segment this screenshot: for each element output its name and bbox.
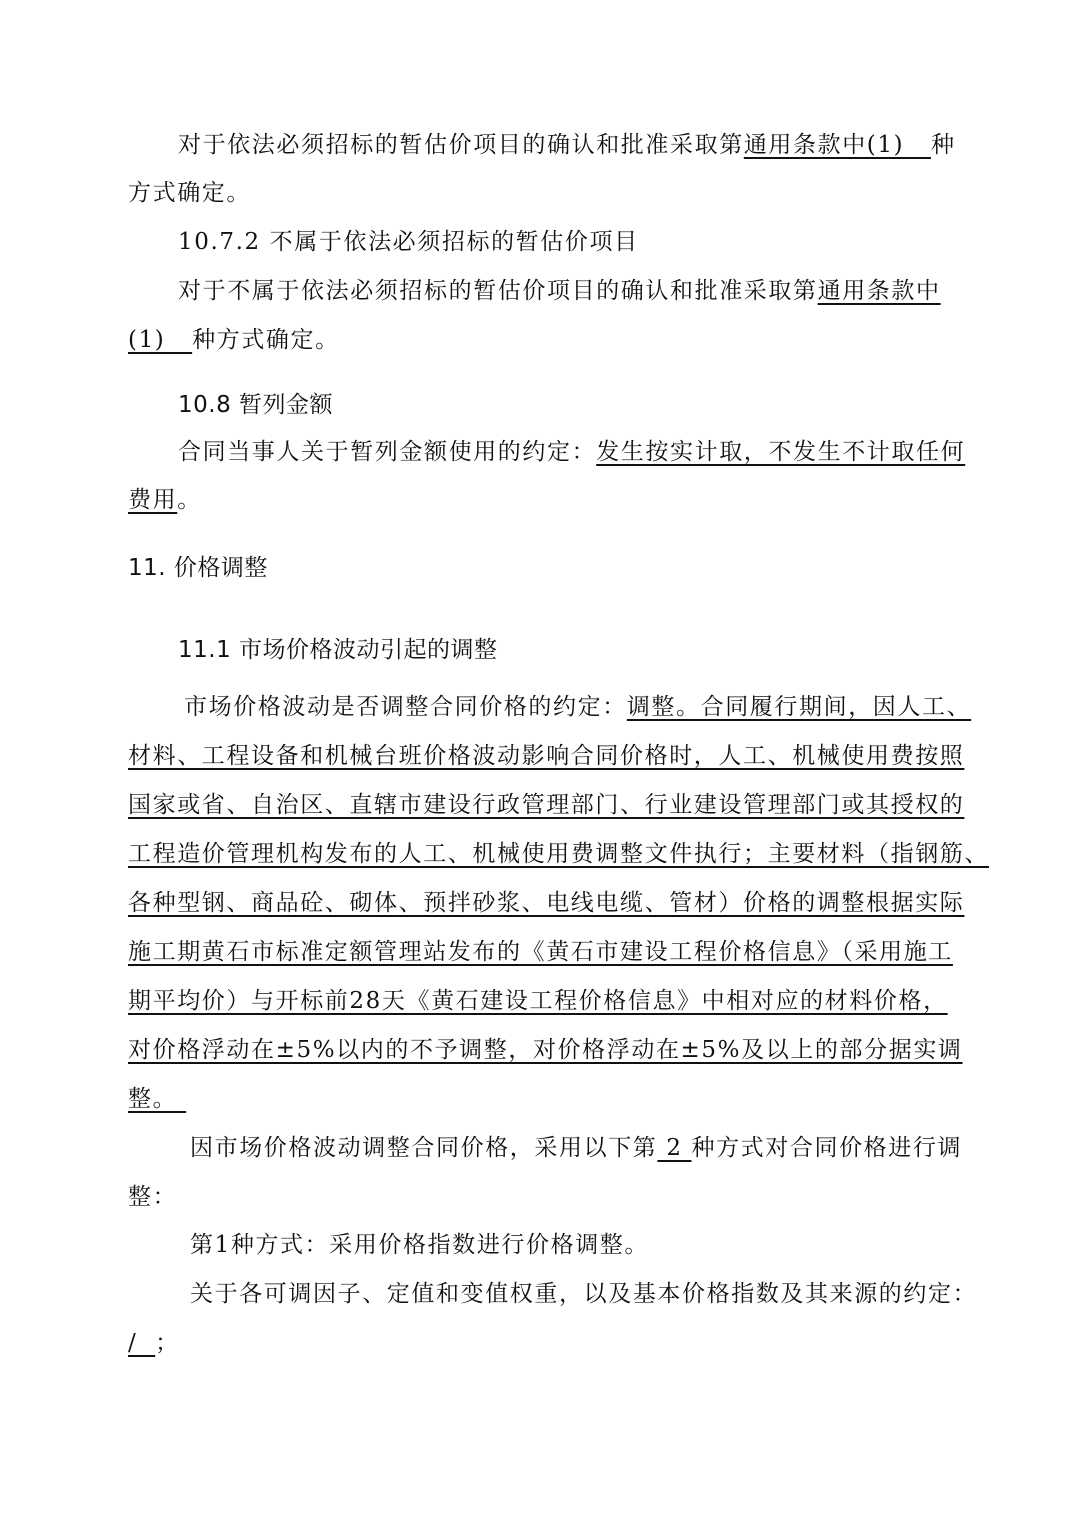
- p1-tail: 种: [931, 132, 956, 158]
- p1-text: 对于依法必须招标的暂估价项目的确认和批准采取第: [178, 132, 744, 158]
- factors-tail: ；: [155, 1330, 180, 1356]
- s11-1-clause-line: 国家或省、自治区、直辖市建设行政管理部门、行业建设管理部门或其授权的: [128, 792, 964, 818]
- p1-fill-value: 通用条款中(1): [744, 132, 931, 158]
- section-11-heading: 11. 价格调整: [128, 553, 1074, 583]
- factors-line1: 关于各可调因子、定值和变值权重，以及基本价格指数及其来源的约定：: [190, 1279, 1074, 1309]
- section-11-1-title: 11.1 市场价格波动引起的调整: [178, 637, 498, 663]
- s10-8-line2: 费用。: [128, 485, 1074, 515]
- s10-8-fill-value-2: 费用: [128, 487, 177, 513]
- section-11-1-heading: 11.1 市场价格波动引起的调整: [178, 635, 1074, 665]
- method-text: 因市场价格波动调整合同价格，采用以下第: [190, 1135, 657, 1161]
- method-fill-value: 2: [657, 1135, 691, 1161]
- s11-1-line5: 各种型钢、商品砼、砌体、预拌砂浆、电线电缆、管材）价格的调整根据实际: [128, 888, 1074, 918]
- p2-line2: (1) 种方式确定。: [128, 325, 1074, 355]
- s11-1-line7: 期平均价）与开标前28天《黄石建设工程价格信息》中相对应的材料价格，: [128, 986, 1074, 1016]
- p1-line2-text: 方式确定。: [128, 180, 251, 206]
- s11-1-lead: 市场价格波动是否调整合同价格的约定：: [184, 694, 627, 720]
- factors-text: 关于各可调因子、定值和变值权重，以及基本价格指数及其来源的约定：: [190, 1281, 977, 1307]
- section-10-8-title: 10.8 暂列金额: [178, 392, 333, 418]
- s11-1-line2: 材料、工程设备和机械台班价格波动影响合同价格时，人工、机械使用费按照: [128, 741, 1074, 771]
- p2-line1: 对于不属于依法必须招标的暂估价项目的确认和批准采取第通用条款中: [178, 276, 1074, 306]
- section-10-8-heading: 10.8 暂列金额: [178, 390, 1074, 420]
- s11-1-clause-line: 调整。合同履行期间，因人工、: [627, 694, 971, 720]
- p1-line1: 对于依法必须招标的暂估价项目的确认和批准采取第通用条款中(1) 种: [178, 130, 978, 160]
- s11-1-line9: 整。: [128, 1084, 1074, 1114]
- method1-line: 第1种方式：采用价格指数进行价格调整。: [190, 1230, 1074, 1260]
- p2-tail: 种方式确定。: [192, 327, 340, 353]
- method-line1: 因市场价格波动调整合同价格，采用以下第 2 种方式对合同价格进行调: [190, 1133, 1074, 1163]
- s10-8-text: 合同当事人关于暂列金额使用的约定：: [178, 439, 596, 465]
- s11-1-clause-line: 对价格浮动在±5%以内的不予调整，对价格浮动在±5%及以上的部分据实调: [128, 1037, 963, 1063]
- s11-1-line4: 工程造价管理机构发布的人工、机械使用费调整文件执行；主要材料（指钢筋、: [128, 839, 1074, 869]
- s11-1-clause-line: 各种型钢、商品砼、砌体、预拌砂浆、电线电缆、管材）价格的调整根据实际: [128, 890, 964, 916]
- s11-1-line8: 对价格浮动在±5%以内的不予调整，对价格浮动在±5%及以上的部分据实调: [128, 1035, 1074, 1065]
- s11-1-line3: 国家或省、自治区、直辖市建设行政管理部门、行业建设管理部门或其授权的: [128, 790, 1074, 820]
- method1-text: 第1种方式：采用价格指数进行价格调整。: [190, 1232, 649, 1258]
- section-10-7-2-title: 10.7.2 不属于依法必须招标的暂估价项目: [178, 229, 639, 255]
- p2-fill-value-2: (1): [128, 327, 192, 353]
- method-line2: 整：: [128, 1182, 1074, 1212]
- p2-fill-value: 通用条款中: [818, 278, 941, 304]
- section-11-title: 11. 价格调整: [128, 555, 268, 581]
- factors-fill-value: /: [128, 1330, 155, 1356]
- s10-8-fill-value: 发生按实计取，不发生不计取任何: [596, 439, 965, 465]
- p1-line2: 方式确定。: [128, 178, 1074, 208]
- s11-1-line1: 市场价格波动是否调整合同价格的约定：调整。合同履行期间，因人工、: [184, 692, 1074, 722]
- method-tail: 种方式对合同价格进行调: [691, 1135, 962, 1161]
- s11-1-clause-line: 材料、工程设备和机械台班价格波动影响合同价格时，人工、机械使用费按照: [128, 743, 964, 769]
- s11-1-clause-line: 期平均价）与开标前28天《黄石建设工程价格信息》中相对应的材料价格，: [128, 988, 948, 1014]
- s11-1-line6: 施工期黄石市标准定额管理站发布的《黄石市建设工程价格信息》（采用施工: [128, 937, 1074, 967]
- s10-8-line1: 合同当事人关于暂列金额使用的约定：发生按实计取，不发生不计取任何: [178, 437, 1074, 467]
- factors-line2: / ；: [128, 1328, 1074, 1358]
- s10-8-tail: 。: [177, 487, 202, 513]
- section-10-7-2-heading: 10.7.2 不属于依法必须招标的暂估价项目: [178, 227, 1074, 257]
- method-line2-text: 整：: [128, 1184, 177, 1210]
- s11-1-clause-line: 整。: [128, 1086, 186, 1112]
- p2-text: 对于不属于依法必须招标的暂估价项目的确认和批准采取第: [178, 278, 818, 304]
- s11-1-clause-line: 工程造价管理机构发布的人工、机械使用费调整文件执行；主要材料（指钢筋、: [128, 841, 989, 867]
- s11-1-clause-line: 施工期黄石市标准定额管理站发布的《黄石市建设工程价格信息》（采用施工: [128, 939, 953, 965]
